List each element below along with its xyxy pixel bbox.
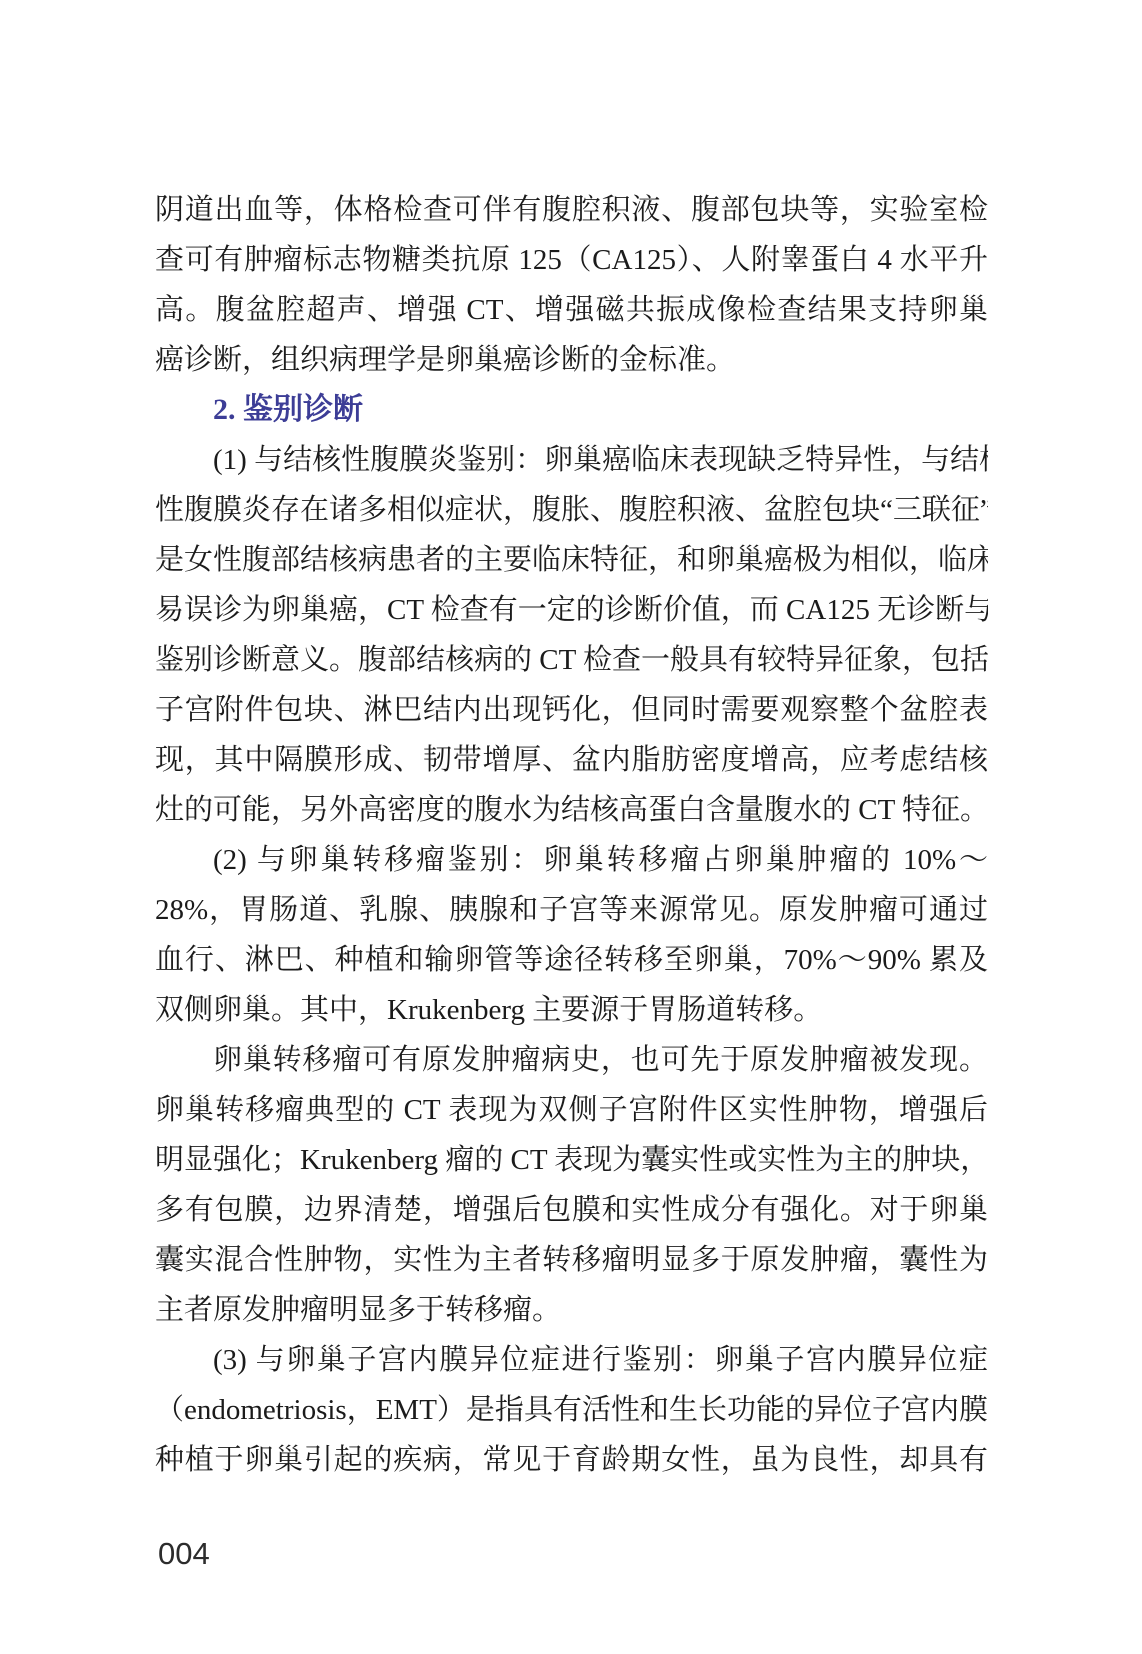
text-line: 28%，胃肠道、乳腺、胰腺和子宫等来源常见。原发肿瘤可通过 <box>155 885 988 935</box>
text-line: (1) 与结核性腹膜炎鉴别：卵巢癌临床表现缺乏特异性，与结核 <box>155 435 988 485</box>
text-line: 明显强化；Krukenberg 瘤的 CT 表现为囊实性或实性为主的肿块， <box>155 1135 988 1185</box>
text-line: 高。腹盆腔超声、增强 CT、增强磁共振成像检查结果支持卵巢 <box>155 285 988 335</box>
text-line: 阴道出血等，体格检查可伴有腹腔积液、腹部包块等，实验室检 <box>155 185 988 235</box>
text-line: 性腹膜炎存在诸多相似症状，腹胀、腹腔积液、盆腔包块“三联征” <box>155 485 988 535</box>
section-heading: 2. 鉴别诊断 <box>155 385 988 435</box>
book-page: 阴道出血等，体格检查可伴有腹腔积液、腹部包块等，实验室检查可有肿瘤标志物糖类抗原… <box>0 0 1142 1654</box>
text-line: (3) 与卵巢子宫内膜异位症进行鉴别：卵巢子宫内膜异位症 <box>155 1335 988 1385</box>
text-line: 子宫附件包块、淋巴结内出现钙化，但同时需要观察整个盆腔表 <box>155 685 988 735</box>
text-line: 查可有肿瘤标志物糖类抗原 125（CA125）、人附睾蛋白 4 水平升 <box>155 235 988 285</box>
text-line: （endometriosis，EMT）是指具有活性和生长功能的异位子宫内膜 <box>155 1385 988 1435</box>
text-line: 卵巢转移瘤可有原发肿瘤病史，也可先于原发肿瘤被发现。 <box>155 1035 988 1085</box>
text-line: 种植于卵巢引起的疾病，常见于育龄期女性，虽为良性，却具有 <box>155 1435 988 1485</box>
text-line: 主者原发肿瘤明显多于转移瘤。 <box>155 1285 988 1335</box>
text-line: 多有包膜，边界清楚，增强后包膜和实性成分有强化。对于卵巢 <box>155 1185 988 1235</box>
text-line: 灶的可能，另外高密度的腹水为结核高蛋白含量腹水的 CT 特征。 <box>155 785 988 835</box>
text-column: 阴道出血等，体格检查可伴有腹腔积液、腹部包块等，实验室检查可有肿瘤标志物糖类抗原… <box>155 185 988 1485</box>
text-line: 鉴别诊断意义。腹部结核病的 CT 检查一般具有较特异征象，包括 <box>155 635 988 685</box>
page-number-label: 004 <box>158 1536 210 1572</box>
text-line: 双侧卵巢。其中，Krukenberg 主要源于胃肠道转移。 <box>155 985 988 1035</box>
text-line: 是女性腹部结核病患者的主要临床特征，和卵巢癌极为相似，临床 <box>155 535 988 585</box>
text-line: 囊实混合性肿物，实性为主者转移瘤明显多于原发肿瘤，囊性为 <box>155 1235 988 1285</box>
text-line: 血行、淋巴、种植和输卵管等途径转移至卵巢，70%～90% 累及 <box>155 935 988 985</box>
text-line: (2) 与卵巢转移瘤鉴别：卵巢转移瘤占卵巢肿瘤的 10%～ <box>155 835 988 885</box>
text-line: 卵巢转移瘤典型的 CT 表现为双侧子宫附件区实性肿物，增强后 <box>155 1085 988 1135</box>
text-line: 癌诊断，组织病理学是卵巢癌诊断的金标准。 <box>155 335 988 385</box>
text-line: 易误诊为卵巢癌，CT 检查有一定的诊断价值，而 CA125 无诊断与 <box>155 585 988 635</box>
text-line: 现，其中隔膜形成、韧带增厚、盆内脂肪密度增高，应考虑结核 <box>155 735 988 785</box>
